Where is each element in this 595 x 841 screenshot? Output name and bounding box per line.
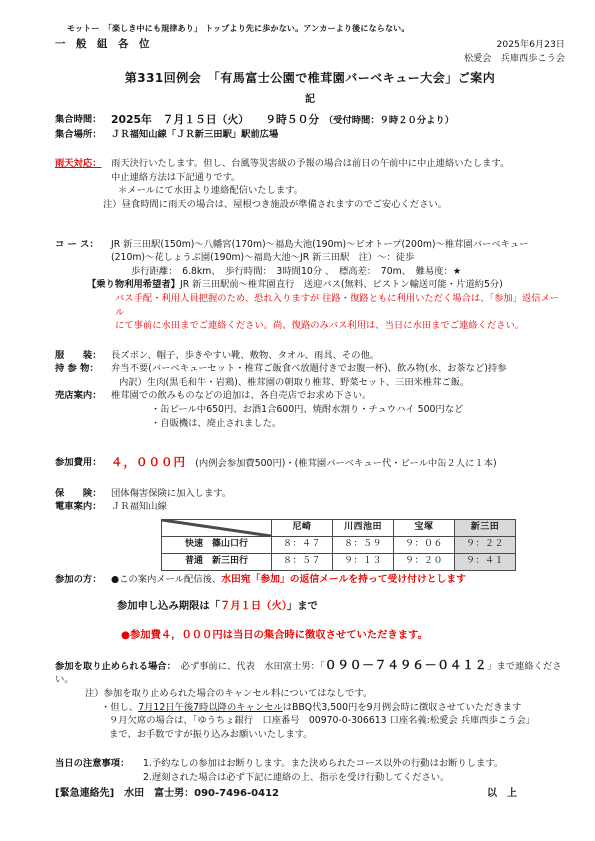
deadline-date: ７月１日（火） [220, 600, 287, 612]
meeting-place-row: 集合場所： ＪＲ福知山線「ＪＲ新三田駅」駅前広場 [55, 128, 565, 142]
cancel-pre-phone: 必ず事前に、代表 水田富士男：「 [171, 661, 324, 672]
belongings-label: 持 参 物： [55, 362, 111, 376]
meeting-time-note: （受付時間：９時２０分より） [319, 115, 454, 126]
timetable-row-rapid: 快速 篠山口行 ８：４７ ８：５９ ９：０６ ９：２２ [162, 537, 516, 554]
course-stats: 歩行距離： 6.8km、 歩行時間： 3時間10分 、 標高差： 70m、 難易… [131, 265, 565, 279]
issue-date: 2025年6月23日 [497, 38, 565, 52]
cancel-main-line: 参加を取り止められる場合： 必ず事前に、代表 水田富士男：「０９０－７４９６－０… [55, 659, 565, 687]
meeting-time-label: 集合時間： [55, 113, 111, 127]
rain-label: 雨天対応： [55, 157, 111, 171]
cancel-but-line: ・但し、7月12日午後7時以降のキャンセルはBBQ代3,500円を9月例会時に徴… [101, 701, 565, 715]
meeting-place-label: 集合場所： [55, 128, 111, 142]
train-name: 快速 篠山口行 [162, 537, 272, 554]
fee-label: 参加費用： [55, 456, 111, 470]
organization: 松愛会 兵庫西歩こう会 [55, 52, 565, 66]
clothing-value: 長ズボン、帽子、歩きやすい靴、敷物、タオル、雨具、その他。 [111, 349, 565, 363]
join-prefix: ●この案内メール配信後、 [111, 574, 221, 585]
train-label: 電車案内： [55, 500, 111, 514]
course-bus-label: 【乗り物利用希望者】 [87, 279, 180, 290]
time-cell: ９：１３ [333, 554, 394, 571]
train-value: ＪＲ福知山線 [111, 500, 565, 514]
time-cell-arrival: ９：２２ [455, 537, 516, 554]
emergency-row: [緊急連絡先] 水田 富士男：090-7496-0412 以 上 [55, 787, 565, 801]
time-cell: ８：４７ [272, 537, 333, 554]
clothing-row: 服 装： 長ズボン、帽子、歩きやすい靴、敷物、タオル、雨具、その他。 [55, 349, 565, 363]
shop-row: 売店案内： 椎茸園での飲みものなどの追加は、各自売店でお求め下さい。 ・缶ビール… [55, 389, 565, 430]
notes-line2: 2.遅刻された場合は必ず下記に連絡の上、指示を受け行動してください。 [143, 771, 565, 785]
deadline-line: 参加申し込み期限は「７月１日（火）」まで [117, 600, 565, 614]
course-section: コ ー ス： JR 新三田駅(150m)～八幡宮(170m)～福島大池(190m… [55, 238, 565, 333]
cancel-bank-line2: まで、お手数ですが振り込みお願いいたします。 [109, 728, 565, 742]
time-cell: ８：５９ [333, 537, 394, 554]
emergency-label: [緊急連絡先] [55, 788, 114, 799]
shop-item1: ・缶ビール中650円、お酒1合600円、焼酎水割り・チュウハイ 500円など [151, 403, 565, 417]
deadline-prefix: 参加申し込み期限は「 [117, 600, 220, 612]
meeting-time-row: 集合時間： 2025年 ７月１５日（火） ９時５０分 （受付時間：９時２０分より… [55, 113, 565, 128]
deadline-suffix: 」まで [287, 600, 318, 612]
insurance-value: 団体傷害保険に加入します。 [111, 487, 565, 501]
time-cell-arrival: ９：４１ [455, 554, 516, 571]
time-cell: ９：０６ [394, 537, 455, 554]
time-cell: ８：５７ [272, 554, 333, 571]
shop-label: 売店案内： [55, 389, 111, 403]
course-line1: JR 新三田駅(150m)～八幡宮(170m)～福島大池(190m)～ビオトープ… [111, 238, 565, 252]
fee-amount: ４，０００円 [111, 455, 186, 469]
belongings-value: 弁当不要(バーベキューセット・椎茸ご飯食べ放題付きでお腹一杯)、飲み物(水、お茶… [111, 362, 565, 376]
insurance-label: 保 険： [55, 487, 111, 501]
train-name: 普通 新三田行 [162, 554, 272, 571]
shop-item2: ・自販機は、廃止されました。 [151, 417, 565, 431]
notes-line1: 1.予約なしの参加はお断りします。また決められたコース以外の行動はお断りします。 [143, 757, 565, 771]
course-bus-line: 【乗り物利用希望者】JR 新三田駅前～椎茸園直行 送迎バス(無料、ピストン輸送可… [87, 278, 565, 292]
time-cell: ９：２０ [394, 554, 455, 571]
cancel-bank-line1: ９月欠席の場合は、「ゆうちょ銀行 口座番号 00970-0-306613 口座名… [109, 714, 565, 728]
ki-marker: 記 [55, 93, 565, 107]
cancel-label: 参加を取り止められる場合： [55, 661, 171, 672]
fee-row: 参加費用： ４，０００円 (内例会参加費500円)・(椎茸園バーベキュー代・ビー… [55, 456, 565, 471]
cancel-but-post: はBBQ代3,500円を9月例会時に徴収させていただきます [283, 702, 522, 713]
train-row: 電車案内： ＪＲ福知山線 [55, 500, 565, 514]
document-title: 第331回例会 「有馬富士公園で椎茸園バーベキュー大会」ご案内 [55, 72, 565, 86]
notes-section: 当日の注意事項： 1.予約なしの参加はお断りします。また決められたコース以外の行… [55, 757, 565, 784]
join-label: 参加の方： [55, 573, 111, 587]
fee-detail: (内例会参加費500円)・(椎茸園バーベキュー代・ビール中缶２人に１本) [186, 458, 497, 469]
motto-line: モットー 「楽しき中にも規律あり」 トップより先に歩かない。アンカーより後になら… [67, 22, 565, 36]
course-line2: (210m)～花しょうぶ園(190m)～福島大池～JR 新三田駅 注）～：徒歩 [111, 251, 565, 265]
addressee: 一 般 組 各 位 [55, 38, 150, 52]
station-header: 尼崎 [272, 520, 333, 537]
course-bus-red2: にて事前に水田までご連絡ください。尚、復路のみバス利用は、当日に水田までご連絡く… [115, 319, 565, 333]
notes-label: 当日の注意事項： [55, 757, 143, 771]
cancel-phone: ０９０－７４９６－０４１２ [325, 658, 488, 672]
rain-line1: 雨天決行いたします。但し、台風等災害級の予報の場合は前日の午前中に中止連絡いたし… [111, 157, 565, 171]
belongings-row: 持 参 物： 弁当不要(バーベキューセット・椎茸ご飯食べ放題付きでお腹一杯)、飲… [55, 362, 565, 389]
diagonal-line-icon [162, 520, 271, 536]
cancel-but-deadline: 7月12日午後7時以降のキャンセル [138, 702, 283, 713]
closing-mark: 以 上 [487, 787, 565, 801]
rain-line2: 中止連絡方法は下記通りです。 [111, 171, 565, 185]
document-page: モットー 「楽しき中にも規律あり」 トップより先に歩かない。アンカーより後になら… [0, 0, 595, 800]
course-bus-red1: バス手配・利用人員把握のため、恐れ入りますが 往路・復路ともに利用いただく場合は… [115, 292, 565, 319]
insurance-row: 保 険： 団体傷害保険に加入します。 [55, 487, 565, 501]
timetable-diagonal-cell [162, 520, 272, 537]
cancel-section: 参加を取り止められる場合： 必ず事前に、代表 水田富士男：「０９０－７４９６－０… [55, 659, 565, 742]
station-header: 川西池田 [333, 520, 394, 537]
course-bus-text: JR 新三田駅前～椎茸園直行 送迎バス(無料、ピストン輸送可能・片道約5分) [180, 279, 503, 290]
timetable: 尼崎 川西池田 宝塚 新三田 快速 篠山口行 ８：４７ ８：５９ ９：０６ ９：… [161, 519, 516, 571]
addressee-row: 一 般 組 各 位 2025年6月23日 [55, 38, 565, 52]
timetable-header-row: 尼崎 川西池田 宝塚 新三田 [162, 520, 516, 537]
station-header-destination: 新三田 [455, 520, 516, 537]
shop-value: 椎茸園での飲みものなどの追加は、各自売店でお求め下さい。 [111, 389, 565, 403]
timetable-row-local: 普通 新三田行 ８：５７ ９：１３ ９：２０ ９：４１ [162, 554, 516, 571]
course-label: コ ー ス： [55, 238, 111, 252]
belongings-detail: 内訳）生肉(黒毛和牛・岩鶏)、椎茸園の朝取り椎茸、野菜セット、三田米椎茸ご飯。 [119, 376, 565, 390]
cancel-but-pre: ・但し、 [101, 702, 138, 713]
rain-note: 注）昼食時間に雨天の場合は、屋根つき施設が準備されますのでご安心ください。 [103, 198, 565, 212]
meeting-place-value: ＪＲ福知山線「ＪＲ新三田駅」駅前広場 [111, 128, 565, 142]
meeting-time-value: 2025年 ７月１５日（火） ９時５０分 [111, 113, 319, 126]
clothing-label: 服 装： [55, 349, 111, 363]
rain-line3: ＊メールにて水田より連絡配信いたします。 [118, 184, 565, 198]
emergency-contact: 水田 富士男：090-7496-0412 [114, 788, 279, 799]
cancel-note: 注）参加を取り止められた場合のキャンセル料についてはなしです。 [85, 687, 565, 701]
join-row: 参加の方： ●この案内メール配信後、水田宛「参加」の返信メールを持って受け付けと… [55, 573, 565, 587]
join-red-text: 水田宛「参加」の返信メールを持って受け付けとします [221, 574, 466, 585]
station-header: 宝塚 [394, 520, 455, 537]
rain-section: 雨天対応： 雨天決行いたします。但し、台風等災害級の予報の場合は前日の午前中に中… [55, 157, 565, 211]
fee-notice-line: ●参加費４，０００円は当日の集合時に徴収させていただきます。 [121, 629, 565, 643]
